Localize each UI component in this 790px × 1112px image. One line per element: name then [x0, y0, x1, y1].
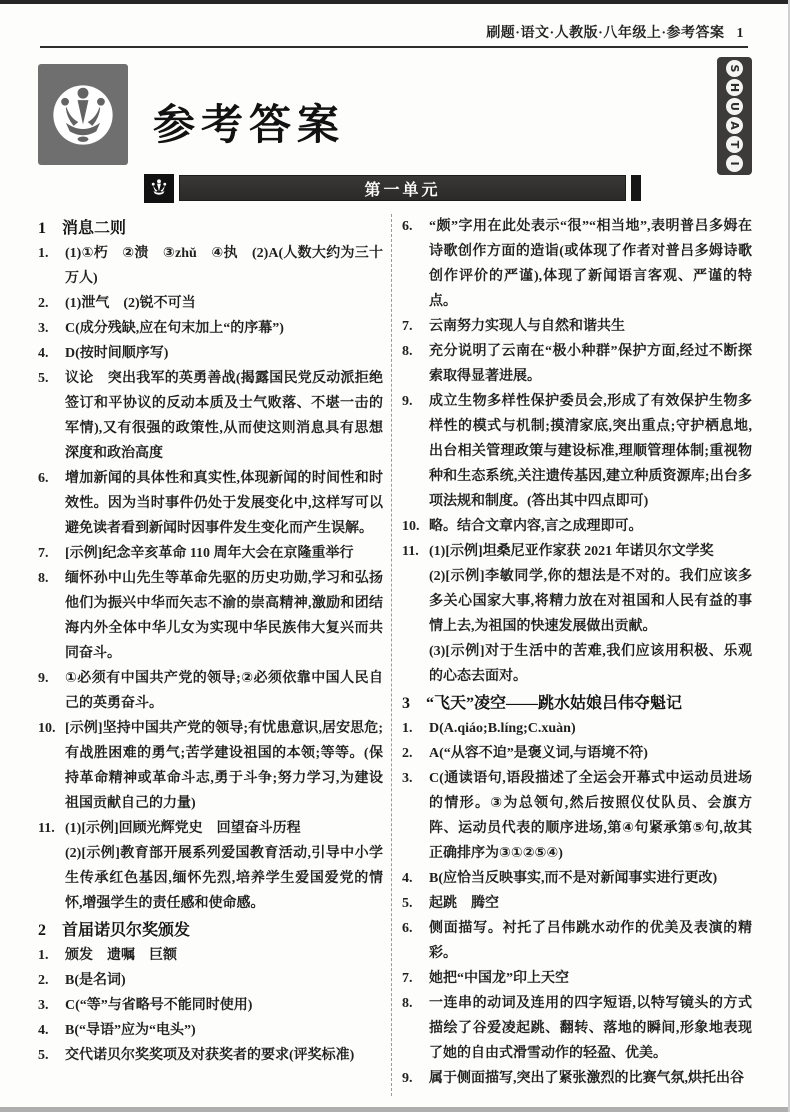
crown-pen-nib-icon — [44, 76, 122, 154]
answer-item-number: 8. — [38, 566, 49, 591]
answer-item-text: (1)①朽 ②溃 ③zhǔ ④执 (2)A(人数大约为三十万人) — [65, 246, 383, 286]
page-number: 1 — [737, 26, 745, 41]
answer-item-number: 5. — [38, 366, 49, 391]
answer-sub-item: (2)[示例]教育部开展系列爱国教育活动,引导中小学生传承红色基因,缅怀先烈,培… — [38, 841, 383, 916]
unit-banner-label: 第一单元 — [364, 177, 440, 200]
answer-item: 5.起跳 腾空 — [402, 891, 752, 916]
section-heading: 2首届诺贝尔奖颁发 — [38, 918, 383, 943]
answer-item: 7.云南努力实现人与自然和谐共生 — [402, 314, 752, 339]
answer-item-number: 11. — [402, 539, 419, 564]
answer-item-text: B(“导语”应为“电头”) — [65, 1023, 196, 1038]
answer-item: 7.[示例]纪念辛亥革命 110 周年大会在京隆重举行 — [38, 541, 383, 566]
answer-item-text: 交代诺贝尔奖奖项及对获奖者的要求(评奖标准) — [65, 1048, 354, 1063]
page-bottom-edge — [0, 1107, 788, 1112]
answer-item-number: 4. — [38, 341, 49, 366]
answer-item: 11.(1)[示例]回顾光辉党史 回望奋斗历程 — [38, 816, 383, 841]
answer-item-text: 颁发 遗嘱 巨额 — [65, 948, 177, 963]
answer-item-number: 2. — [38, 968, 49, 993]
crown-icon — [147, 176, 171, 200]
answer-item-text: C(“等”与省略号不能同时使用) — [65, 998, 252, 1013]
section-heading: 1消息二则 — [38, 216, 383, 241]
unit-banner-icon-box — [144, 174, 174, 203]
section-number: 3 — [402, 695, 410, 712]
answer-item: 5.交代诺贝尔奖奖项及对获奖者的要求(评奖标准) — [38, 1043, 383, 1068]
side-tab-letter: H — [726, 79, 743, 96]
unit-banner-endcap — [631, 175, 641, 201]
answer-item-text: D(按时间顺序写) — [65, 346, 168, 361]
brand-logo — [38, 64, 128, 165]
answer-item-number: 2. — [402, 741, 413, 766]
answer-item-number: 7. — [38, 541, 49, 566]
answer-item-text: D(A.qiáo;B.líng;C.xuàn) — [429, 721, 576, 736]
answers-columns: 1消息二则1.(1)①朽 ②溃 ③zhǔ ④执 (2)A(人数大约为三十万人)2… — [38, 214, 752, 1096]
answer-item: 3.C(成分残缺,应在句末加上“的序幕”) — [38, 316, 383, 341]
answer-item-text: C(成分残缺,应在句末加上“的序幕”) — [65, 321, 284, 336]
answer-item: 8.缅怀孙中山先生等革命先驱的历史功勋,学习和弘扬他们为振兴中华而矢志不渝的崇高… — [38, 566, 383, 666]
answer-key-page: 刷题·语文·人教版·八年级上·参考答案 1 参考答案 S H U A T I — [0, 0, 790, 1112]
answer-item-number: 6. — [38, 466, 49, 491]
answer-item-number: 5. — [38, 1043, 49, 1068]
answers-column-right: 6.“颇”字用在此处表示“很”“相当地”,表明普吕多姆在诗歌创作方面的造诣(或体… — [391, 214, 752, 1096]
answer-item-text: C(通读语句,语段描述了全运会开幕式中运动员进场的情形。③为总领句,然后按照仪仗… — [429, 771, 752, 861]
answer-item-text: 起跳 腾空 — [429, 896, 499, 911]
answer-item: 6.“颇”字用在此处表示“很”“相当地”,表明普吕多姆在诗歌创作方面的造诣(或体… — [402, 214, 752, 314]
answer-item: 10.略。结合文章内容,言之成理即可。 — [402, 514, 752, 539]
side-tab-letter: S — [726, 60, 743, 77]
answer-item-number: 7. — [402, 966, 413, 991]
answer-item: 7.她把“中国龙”印上天空 — [402, 966, 752, 991]
answer-item-number: 6. — [402, 916, 413, 941]
answer-item: 9.①必须有中国共产党的领导;②必须依靠中国人民自己的英勇奋斗。 — [38, 666, 383, 716]
answer-item: 10.[示例]坚持中国共产党的领导;有忧患意识,居安思危;有战胜困难的勇气;苦学… — [38, 716, 383, 816]
answer-item: 3.C(通读语句,语段描述了全运会开幕式中运动员进场的情形。③为总领句,然后按照… — [402, 766, 752, 866]
answer-item: 4.D(按时间顺序写) — [38, 341, 383, 366]
answer-item-text: 议论 突出我军的英勇善战(揭露国民党反动派拒绝签订和平协议的反动本质及士气败落、… — [65, 371, 383, 461]
answer-item-text: (1)泄气 (2)锐不可当 — [65, 296, 196, 311]
answer-item-number: 8. — [402, 991, 413, 1016]
answer-item-text: 侧面描写。衬托了吕伟跳水动作的优美及表演的精彩。 — [429, 921, 752, 961]
answer-item-number: 11. — [38, 816, 55, 841]
answer-item: 4.B(应恰当反映事实,而不是对新闻事实进行更改) — [402, 866, 752, 891]
section-title: “飞天”凌空——跳水姑娘吕伟夺魁记 — [426, 695, 682, 712]
answer-item: 6.侧面描写。衬托了吕伟跳水动作的优美及表演的精彩。 — [402, 916, 752, 966]
section-title: 消息二则 — [62, 220, 126, 237]
answer-item-number: 7. — [402, 314, 413, 339]
answer-item-number: 3. — [402, 766, 413, 791]
unit-banner: 第一单元 — [144, 173, 641, 203]
answer-item-text: 云南努力实现人与自然和谐共生 — [429, 319, 625, 334]
answer-sub-item: (3)[示例]对于生活中的苦难,我们应该用积极、乐观的心态去面对。 — [402, 639, 752, 689]
answers-column-left: 1消息二则1.(1)①朽 ②溃 ③zhǔ ④执 (2)A(人数大约为三十万人)2… — [38, 214, 383, 1096]
answer-item: 5.议论 突出我军的英勇善战(揭露国民党反动派拒绝签订和平协议的反动本质及士气败… — [38, 366, 383, 466]
running-header: 刷题·语文·人教版·八年级上·参考答案 1 — [486, 22, 744, 42]
answer-item-number: 1. — [38, 241, 49, 266]
answer-item-text: 缅怀孙中山先生等革命先驱的历史功勋,学习和弘扬他们为振兴中华而矢志不渝的崇高精神… — [65, 571, 383, 661]
answer-item-text: 一连串的动词及连用的四字短语,以特写镜头的方式描绘了谷爱凌起跳、翻转、落地的瞬间… — [429, 996, 752, 1061]
answer-item-text: (1)[示例]回顾光辉党史 回望奋斗历程 — [65, 821, 301, 836]
answer-item-text: 成立生物多样性保护委员会,形成了有效保护生物多样性的模式与机制;摸清家底,突出重… — [429, 394, 752, 509]
answer-item-number: 4. — [38, 1018, 49, 1043]
answer-item-text: ①必须有中国共产党的领导;②必须依靠中国人民自己的英勇奋斗。 — [65, 671, 383, 711]
answer-item-number: 5. — [402, 891, 413, 916]
answer-item-number: 4. — [402, 866, 413, 891]
side-tab-letter: U — [726, 98, 743, 115]
answer-item: 1.D(A.qiáo;B.líng;C.xuàn) — [402, 716, 752, 741]
answer-item: 9.成立生物多样性保护委员会,形成了有效保护生物多样性的模式与机制;摸清家底,突… — [402, 389, 752, 514]
answer-item-text: 充分说明了云南在“极小种群”保护方面,经过不断探索取得显著进展。 — [429, 344, 752, 384]
answer-item-text: [示例]纪念辛亥革命 110 周年大会在京隆重举行 — [65, 546, 354, 561]
answer-item: 2.B(是名词) — [38, 968, 383, 993]
answer-item-number: 1. — [38, 943, 49, 968]
answer-item: 9.属于侧面描写,突出了紧张激烈的比赛气氛,烘托出谷 — [402, 1066, 752, 1091]
running-header-text: 刷题·语文·人教版·八年级上·参考答案 — [486, 26, 724, 41]
section-number: 1 — [38, 220, 46, 237]
answer-item-text: [示例]坚持中国共产党的领导;有忧患意识,居安思危;有战胜困难的勇气;苦学建设祖… — [65, 721, 383, 811]
answer-item: 3.C(“等”与省略号不能同时使用) — [38, 993, 383, 1018]
section-heading: 3“飞天”凌空——跳水姑娘吕伟夺魁记 — [402, 691, 752, 716]
answer-item-text: 属于侧面描写,突出了紧张激烈的比赛气氛,烘托出谷 — [429, 1071, 744, 1086]
answer-item: 1.(1)①朽 ②溃 ③zhǔ ④执 (2)A(人数大约为三十万人) — [38, 241, 383, 291]
answer-item-number: 9. — [402, 389, 413, 414]
answer-item-number: 10. — [38, 716, 56, 741]
unit-banner-bar: 第一单元 — [179, 175, 626, 201]
answer-item: 4.B(“导语”应为“电头”) — [38, 1018, 383, 1043]
answer-item-text: 她把“中国龙”印上天空 — [429, 971, 569, 986]
answer-item: 2.(1)泄气 (2)锐不可当 — [38, 291, 383, 316]
answer-item-text: 增加新闻的具体性和真实性,体现新闻的时间性和时效性。因为当时事件仍处于发展变化中… — [65, 471, 383, 536]
answer-item-number: 8. — [402, 339, 413, 364]
answer-sub-item: (2)[示例]李敏同学,你的想法是不对的。我们应该多多关心国家大事,将精力放在对… — [402, 564, 752, 639]
side-tab-letter: A — [726, 117, 743, 134]
answer-item-number: 6. — [402, 214, 413, 239]
answer-item-number: 2. — [38, 291, 49, 316]
page-title: 参考答案 — [153, 92, 345, 152]
answer-item-text: 略。结合文章内容,言之成理即可。 — [429, 519, 643, 534]
answer-item-text: A(“从容不迫”是褒义词,与语境不符) — [429, 746, 648, 761]
side-tab: S H U A T I — [717, 57, 752, 175]
answer-item: 8.一连串的动词及连用的四字短语,以特写镜头的方式描绘了谷爱凌起跳、翻转、落地的… — [402, 991, 752, 1066]
section-number: 2 — [38, 922, 46, 939]
answer-item: 2.A(“从容不迫”是褒义词,与语境不符) — [402, 741, 752, 766]
answer-item: 8.充分说明了云南在“极小种群”保护方面,经过不断探索取得显著进展。 — [402, 339, 752, 389]
side-tab-letter: I — [726, 155, 743, 172]
answer-item-text: “颇”字用在此处表示“很”“相当地”,表明普吕多姆在诗歌创作方面的造诣(或体现了… — [429, 219, 752, 309]
answer-item: 11.(1)[示例]坦桑尼亚作家获 2021 年诺贝尔文学奖 — [402, 539, 752, 564]
answer-item-number: 3. — [38, 316, 49, 341]
page-top-edge — [0, 0, 788, 4]
section-title: 首届诺贝尔奖颁发 — [62, 922, 190, 939]
answer-item-text: B(是名词) — [65, 973, 126, 988]
answer-item-text: B(应恰当反映事实,而不是对新闻事实进行更改) — [429, 871, 717, 886]
side-tab-letter: T — [726, 136, 743, 153]
answer-item-number: 9. — [38, 666, 49, 691]
answer-item: 6.增加新闻的具体性和真实性,体现新闻的时间性和时效性。因为当时事件仍处于发展变… — [38, 466, 383, 541]
answer-item-number: 1. — [402, 716, 413, 741]
answer-item-number: 3. — [38, 993, 49, 1018]
answer-item-text: (1)[示例]坦桑尼亚作家获 2021 年诺贝尔文学奖 — [429, 544, 714, 559]
answer-item-number: 9. — [402, 1066, 413, 1091]
answer-item: 1.颁发 遗嘱 巨额 — [38, 943, 383, 968]
answer-item-number: 10. — [402, 514, 420, 539]
header-rule — [40, 46, 748, 48]
